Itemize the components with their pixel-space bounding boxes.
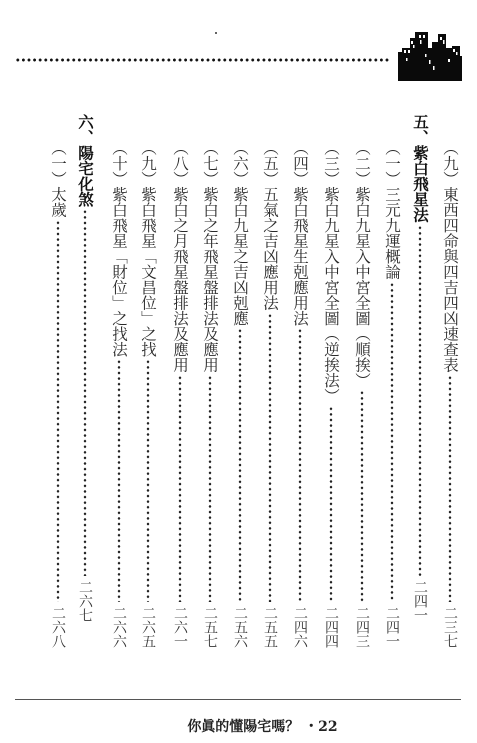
toc-entry-page: 二五五 — [262, 606, 278, 660]
dot-leader — [390, 282, 394, 603]
toc-entry-page: 二四三 — [354, 606, 370, 660]
dot-leader — [268, 313, 272, 603]
toc-section[interactable]: 六、陽宅化煞 二六七 — [76, 114, 94, 634]
toc-entry-label: （三）紫白九星入中宮全圖（逆挨法） — [322, 140, 340, 404]
page-footer: 你眞的懂陽宅嗎？ ・22 — [0, 716, 477, 736]
toc-entry-page: 二六八 — [50, 606, 66, 660]
toc-section-label: 六、陽宅化煞 — [76, 114, 94, 207]
toc-entry-page: 二四四 — [323, 606, 339, 660]
toc-entry-page: 二四六 — [292, 606, 308, 660]
toc-entry-label: （五）五氣之吉凶應用法 — [261, 140, 279, 311]
toc-entry[interactable]: （一）太歲 二六八 — [49, 140, 67, 660]
dot-leader — [298, 328, 302, 602]
toc-entry[interactable]: （八）紫白之月飛星盤排法及應用 二六一 — [171, 140, 189, 660]
dot-leader — [360, 390, 364, 602]
dot-leader — [448, 375, 452, 603]
toc-entry-label: （九）東西四命與四吉四凶速查表 — [441, 140, 459, 373]
toc-entry-label: （十）紫白飛星「財位」之找法 — [110, 140, 128, 357]
toc-entry[interactable]: （三）紫白九星入中宮全圖（逆挨法） 二四四 — [322, 140, 340, 660]
page-number: ・22 — [304, 719, 337, 735]
dot-leader — [117, 359, 121, 602]
toc-entry[interactable]: （五）五氣之吉凶應用法 二五五 — [261, 140, 279, 660]
dot-leader — [329, 406, 333, 603]
toc-entry[interactable]: （二）紫白九星入中宮全圖（順挨） 二四三 — [353, 140, 371, 660]
toc-entry-label: （一）太歲 — [49, 140, 67, 218]
toc-section-label: 五、紫白飛星法 — [411, 114, 429, 223]
toc-entry-page: 二三七 — [442, 606, 458, 660]
toc-entry-page: 二六六 — [111, 606, 127, 660]
toc-entry-page: 二五七 — [202, 606, 218, 660]
toc-entry-label: （一）三元九運概論 — [383, 140, 401, 280]
toc-entry-page: 二六一 — [172, 606, 188, 660]
table-of-contents: （九）東西四命與四吉四凶速查表 二三七 五、紫白飛星法 二四一 （一）三元九運概… — [0, 0, 477, 743]
toc-entry[interactable]: （九）東西四命與四吉四凶速查表 二三七 — [441, 140, 459, 660]
toc-entry-label: （四）紫白飛星生剋應用法 — [291, 140, 309, 326]
dot-leader — [146, 359, 150, 602]
toc-entry-label: （六）紫白九星之吉凶剋應 — [231, 140, 249, 326]
toc-entry[interactable]: （九）紫白飛星「文昌位」之找 二六五 — [139, 140, 157, 660]
toc-entry-page: 二五六 — [232, 606, 248, 660]
toc-entry-label: （七）紫白之年飛星盤排法及應用 — [201, 140, 219, 373]
toc-entry[interactable]: （六）紫白九星之吉凶剋應 二五六 — [231, 140, 249, 660]
toc-entry[interactable]: （七）紫白之年飛星盤排法及應用 二五七 — [201, 140, 219, 660]
toc-entry-page: 二四一 — [412, 580, 428, 634]
footer-rule — [15, 699, 461, 700]
toc-entry-page: 二六七 — [77, 580, 93, 634]
dot-leader — [238, 328, 242, 602]
toc-entry[interactable]: （十）紫白飛星「財位」之找法 二六六 — [110, 140, 128, 660]
toc-entry[interactable]: （四）紫白飛星生剋應用法 二四六 — [291, 140, 309, 660]
book-title: 你眞的懂陽宅嗎？ — [187, 719, 299, 735]
toc-section[interactable]: 五、紫白飛星法 二四一 — [411, 114, 429, 634]
toc-entry-label: （九）紫白飛星「文昌位」之找 — [139, 140, 157, 357]
dot-leader — [178, 375, 182, 603]
toc-entry-label: （二）紫白九星入中宮全圖（順挨） — [353, 140, 371, 388]
dot-leader — [56, 220, 60, 603]
toc-entry-label: （八）紫白之月飛星盤排法及應用 — [171, 140, 189, 373]
dot-leader — [208, 375, 212, 603]
toc-entry[interactable]: （一）三元九運概論 二四一 — [383, 140, 401, 660]
dot-leader — [418, 225, 422, 577]
toc-entry-page: 二四一 — [384, 606, 400, 660]
toc-entry-page: 二六五 — [140, 606, 156, 660]
dot-leader — [83, 209, 87, 576]
